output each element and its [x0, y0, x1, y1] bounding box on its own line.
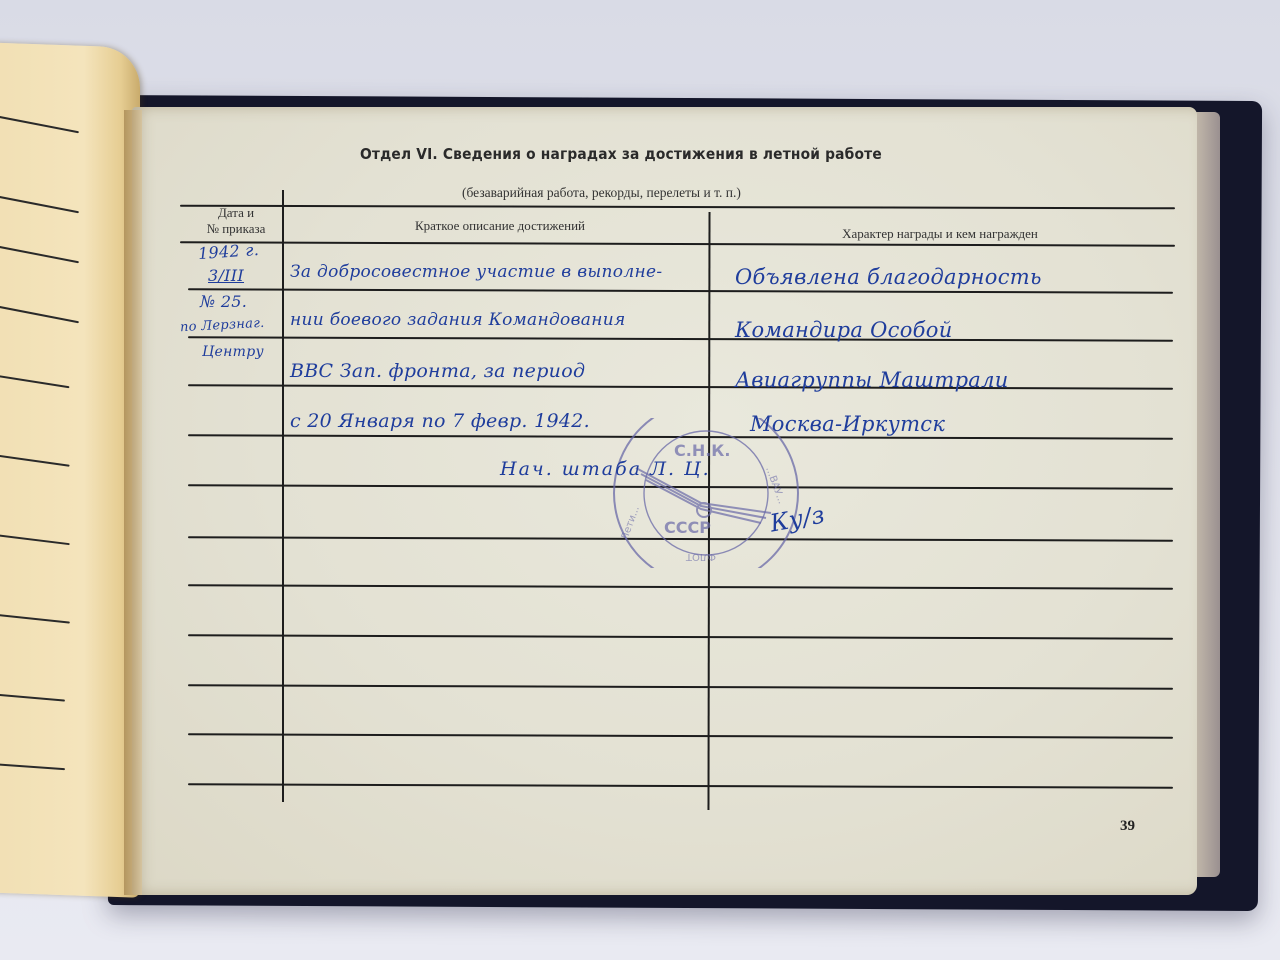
stamp-ring-left: Лети... — [619, 505, 641, 542]
entry-order-number: № 25. — [200, 292, 247, 311]
stamp-ring-bottom: ФЛОТ — [685, 551, 716, 562]
col-header-description: Краткое описание достижений — [300, 218, 700, 234]
left-page-rule — [0, 112, 79, 133]
entry-award-line: Москва-Иркутск — [750, 412, 945, 436]
book-gutter — [124, 110, 142, 895]
column-divider-1 — [282, 190, 284, 802]
left-page-rule — [0, 452, 70, 467]
entry-date-line: Центру — [202, 344, 264, 360]
left-page-rule — [0, 372, 69, 388]
entry-description-line: нии боевого задания Командования — [290, 310, 626, 330]
col-header-award: Характер награды и кем награжден — [720, 226, 1160, 242]
left-page-rule — [0, 612, 70, 623]
entry-signature-line: Нач. штаба Л. Ц. — [500, 458, 711, 480]
left-page-rule — [0, 692, 65, 701]
stamp-ring-top: ...НСКО... — [681, 418, 730, 419]
left-page-rule — [0, 302, 79, 323]
entry-description-line: ВВС Зап. фронта, за период — [290, 360, 585, 382]
entry-award-line: Командира Особой — [735, 318, 953, 342]
page-number: 39 — [1120, 818, 1135, 835]
entry-date-line: 3/III — [208, 266, 244, 285]
entry-description-line: За добросовестное участие в выполне- — [290, 262, 662, 282]
section-title: Отдел VI. Сведения о наградах за достиже… — [360, 145, 882, 163]
left-page-rule — [0, 242, 79, 263]
stamp-center-bottom: СССР — [664, 518, 711, 537]
left-page-rule — [0, 192, 79, 213]
left-page: х ев — [0, 42, 140, 898]
col-header-date: Дата и № приказа — [192, 205, 280, 237]
entry-award-line: Авиагруппы Маштрали — [735, 368, 1009, 392]
entry-description-line: с 20 Января по 7 февр. 1942. — [290, 410, 590, 432]
entry-award-line: Объявлена благодарность — [735, 265, 1042, 289]
official-stamp: С.Н.К. СССР ...НСКО... ...ВАУ... ФЛОТ Ле… — [606, 418, 846, 568]
col-header-date-line1: Дата и — [192, 205, 280, 221]
section-subtitle: (безаварийная работа, рекорды, перелеты … — [462, 185, 741, 201]
left-page-rule — [0, 762, 65, 770]
stamp-ring-right: ...ВАУ... — [763, 465, 787, 505]
left-page-rule — [0, 532, 70, 545]
col-header-date-line2: № приказа — [192, 221, 280, 237]
